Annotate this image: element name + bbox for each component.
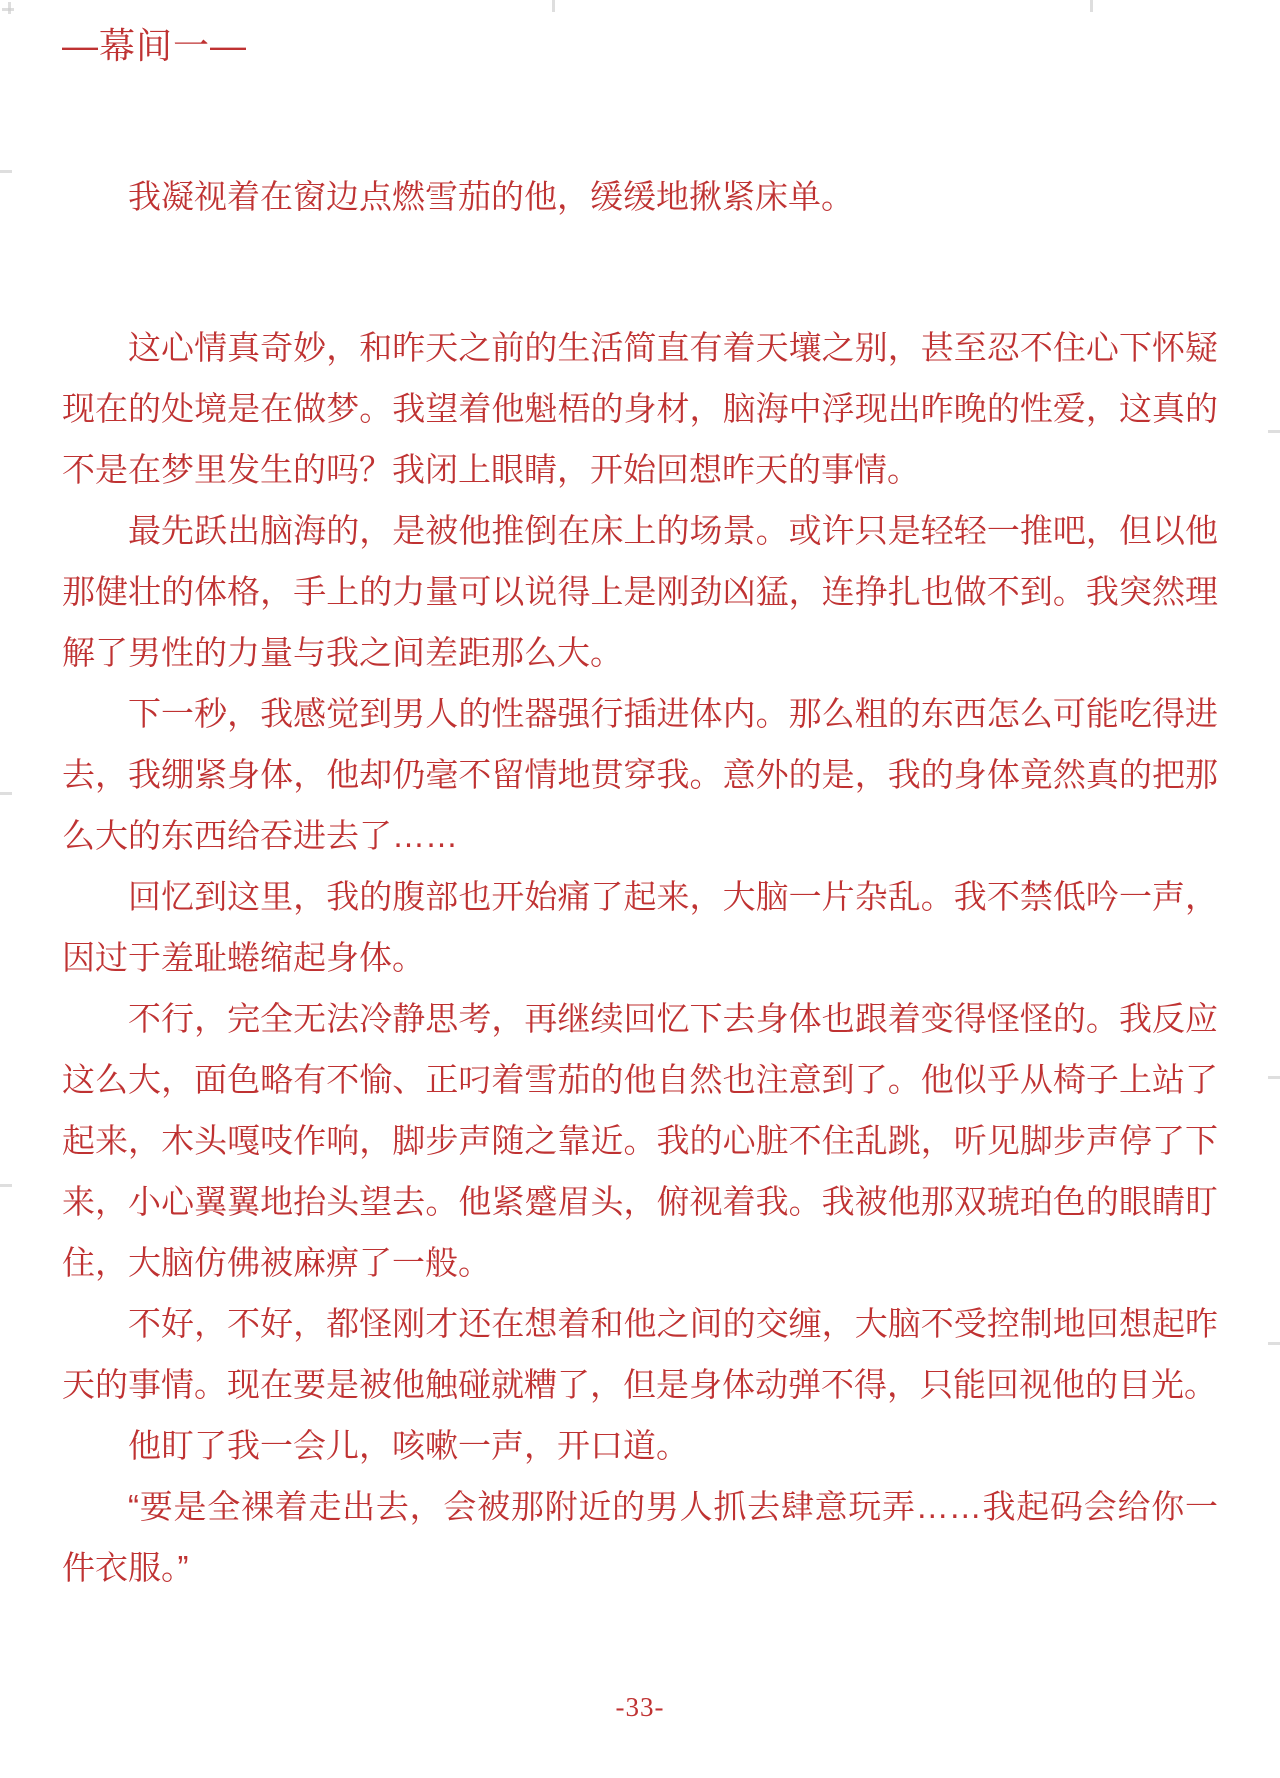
paragraph: 下一秒，我感觉到男人的性器强行插进体内。那么粗的东西怎么可能吃得进去，我绷紧身体… [62,683,1218,866]
edge-mark [8,2,11,14]
text-body: 我凝视着在窗边点燃雪茄的他，缓缓地揪紧床单。这心情真奇妙，和昨天之前的生活简直有… [0,166,1280,1598]
paragraph: 他盯了我一会儿，咳嗽一声，开口道。 [62,1415,1218,1476]
paragraph: 回忆到这里，我的腹部也开始痛了起来，大脑一片杂乱。我不禁低吟一声，因过于羞耻蜷缩… [62,866,1218,988]
edge-mark [1268,1342,1280,1345]
edge-mark [1268,1076,1280,1079]
paragraph: 我凝视着在窗边点燃雪茄的他，缓缓地揪紧床单。 [62,166,1218,227]
paragraph: 不行，完全无法冷静思考，再继续回忆下去身体也跟着变得怪怪的。我反应这么大，面色略… [62,988,1218,1293]
paragraph: 这心情真奇妙，和昨天之前的生活简直有着天壤之别，甚至忍不住心下怀疑现在的处境是在… [62,317,1218,500]
edge-mark [1090,0,1093,12]
edge-mark [0,170,12,173]
paragraph: 最先跃出脑海的，是被他推倒在床上的场景。或许只是轻轻一推吧，但以他那健壮的体格，… [62,500,1218,683]
edge-mark [0,792,12,795]
paragraph: “要是全裸着走出去，会被那附近的男人抓去肆意玩弄……我起码会给你一件衣服。” [62,1476,1218,1598]
edge-mark [0,1184,12,1187]
edge-mark [1268,430,1280,433]
chapter-heading: —幕间一— [0,0,1280,68]
page-number: -33- [0,1692,1280,1723]
paragraph: 不好，不好，都怪刚才还在想着和他之间的交缠，大脑不受控制地回想起昨天的事情。现在… [62,1293,1218,1415]
novel-page: —幕间一— 我凝视着在窗边点燃雪茄的他，缓缓地揪紧床单。这心情真奇妙，和昨天之前… [0,0,1280,1778]
edge-mark [552,0,555,12]
